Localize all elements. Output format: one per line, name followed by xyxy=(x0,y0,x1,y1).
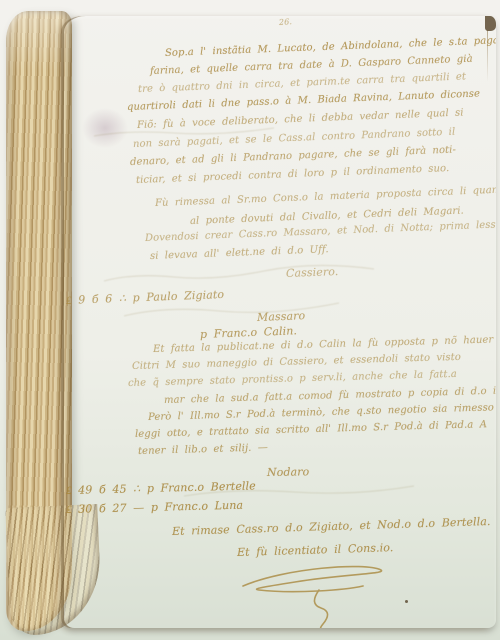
manuscript-page: 26. Sop.a l' instãtia M. Lucato, de Abin… xyxy=(64,16,496,628)
heading-nodaro: Nodaro xyxy=(267,465,310,479)
heading-cassiero: Cassiero. xyxy=(286,265,339,280)
pen-flourish xyxy=(235,556,395,628)
page-number-mark: 26. xyxy=(279,17,293,27)
heading-massaro: Massaro xyxy=(257,309,306,324)
photo-background: 26. Sop.a l' instãtia M. Lucato, de Abin… xyxy=(0,0,500,640)
